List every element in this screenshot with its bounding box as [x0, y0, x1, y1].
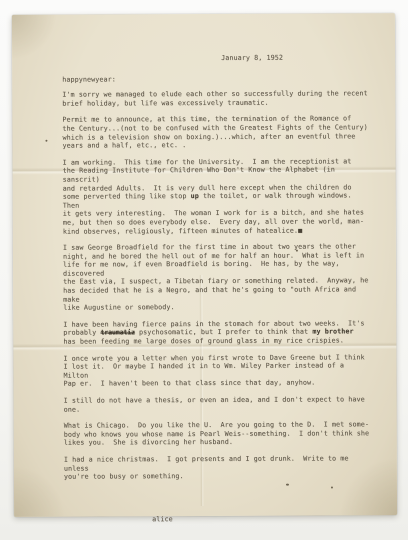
paragraph-text: I had a nice christmas. I got presents a…	[64, 454, 353, 480]
paragraph-text-strike: traumatiz	[100, 329, 134, 337]
paragraph-text-bold: up	[191, 192, 199, 200]
paragraph-text: psychosomatic, but I prefer to think tha…	[135, 328, 312, 337]
letter-paragraph: I have been having fierce pains in the s…	[63, 319, 370, 346]
paragraph-text: Permit me to announce, at this time, the…	[62, 115, 367, 150]
paragraph-text: I once wrote you a letter when you first…	[63, 353, 364, 388]
paper-speck	[45, 140, 47, 142]
letter-paragraph: I am working. This time for the Universi…	[63, 157, 370, 236]
paragraph-text: What is Chicago. Do you like the U. Are …	[64, 420, 369, 447]
letter-paragraph: Permit me to announce, at this time, the…	[62, 115, 369, 151]
paragraph-text: I still do not have a thesis, or even an…	[64, 395, 365, 413]
letter-date: January 8, 1952	[221, 53, 369, 62]
letter-paragraph: I saw George Broadfield for the first ti…	[63, 242, 370, 312]
paragraph-text: I saw George Broadfield for the first ti…	[63, 242, 369, 311]
letter-paragraph: I had a nice christmas. I got presents a…	[64, 454, 371, 481]
paragraph-text-blot: ■	[298, 226, 302, 234]
letter-paragraph: I'm sorry we managed to elude each other…	[62, 89, 369, 108]
letter-paper: January 8, 1952 happynewyear: I'm sorry …	[12, 13, 397, 517]
letter-greeting: happynewyear:	[62, 74, 369, 84]
letter-body: I'm sorry we managed to elude each other…	[62, 89, 371, 481]
photo-background: January 8, 1952 happynewyear: I'm sorry …	[0, 0, 408, 540]
paragraph-text-bold: my brother	[312, 328, 353, 336]
paragraph-text: I'm sorry we managed to elude each other…	[62, 89, 367, 107]
letter-paragraph: I once wrote you a letter when you first…	[63, 353, 370, 389]
letter-paragraph: What is Chicago. Do you like the U. Are …	[64, 420, 371, 447]
letter-text: January 8, 1952 happynewyear: I'm sorry …	[62, 53, 371, 524]
letter-signature: alice	[152, 514, 371, 524]
letter-paragraph: I still do not have a thesis, or even an…	[64, 395, 371, 414]
